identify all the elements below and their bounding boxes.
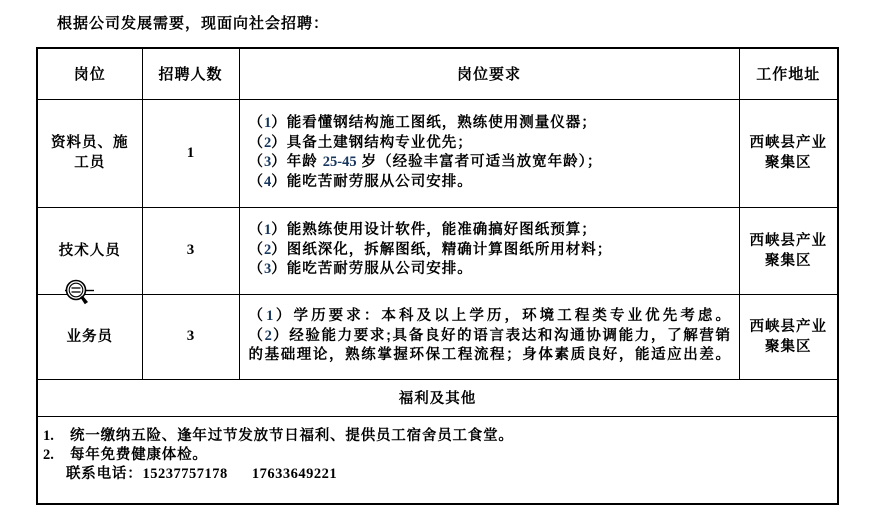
position-cell: 资料员、施工员	[37, 99, 142, 207]
requirements-cell: （1）能看懂钢结构施工图纸，熟练使用测量仪器； （2）具备土建钢结构专业优先； …	[239, 99, 739, 207]
requirements-cell: （1）能熟练使用设计软件，能准确搞好图纸预算； （2）图纸深化，拆解图纸，精确计…	[239, 207, 739, 294]
notes-row: 1.统一缴纳五险、逢年过节发放节日福利、提供员工宿舍员工食堂。 2.每年免费健康…	[37, 416, 838, 504]
col-header-position: 岗位	[37, 48, 142, 99]
headcount-cell: 3	[142, 207, 239, 294]
benefits-header-row: 福利及其他	[37, 379, 838, 416]
requirement-line: （4）能吃苦耐劳服从公司安排。	[249, 173, 731, 193]
recruitment-table: 岗位 招聘人数 岗位要求 工作地址 资料员、施工员 1 （1）能看懂钢结构施工图…	[36, 47, 839, 505]
position-cell: 技术人员	[37, 207, 142, 294]
note-line: 1.统一缴纳五险、逢年过节发放节日福利、提供员工宿舍员工食堂。	[43, 427, 829, 446]
address-cell: 西峡县产业聚集区	[739, 99, 838, 207]
notes-cell: 1.统一缴纳五险、逢年过节发放节日福利、提供员工宿舍员工食堂。 2.每年免费健康…	[37, 416, 838, 504]
table-row: 业务员 3 （1）学历要求：本科及以上学历，环境工程类专业优先考虑。 （2）经验…	[37, 294, 838, 379]
page-title: 根据公司发展需要，现面向社会招聘：	[57, 12, 329, 33]
requirement-line: （3）年龄 25-45 岁（经验丰富者可适当放宽年龄）；	[249, 153, 731, 173]
headcount-cell: 3	[142, 294, 239, 379]
contact-line: 联系电话：15237757178 17633649221	[66, 465, 829, 484]
col-header-requirements: 岗位要求	[239, 48, 739, 99]
position-cell: 业务员	[37, 294, 142, 379]
requirement-line: （2）具备土建钢结构专业优先；	[249, 134, 731, 154]
requirement-line: （2）经验能力要求;具备良好的语言表达和沟通协调能力，了解营销	[249, 327, 731, 347]
requirement-line: （1）能看懂钢结构施工图纸，熟练使用测量仪器；	[249, 114, 731, 134]
header-row: 岗位 招聘人数 岗位要求 工作地址	[37, 48, 838, 99]
requirement-line: （3）能吃苦耐劳服从公司安排。	[249, 260, 731, 280]
address-cell: 西峡县产业聚集区	[739, 294, 838, 379]
benefits-header-cell: 福利及其他	[37, 379, 838, 416]
col-header-address: 工作地址	[739, 48, 838, 99]
col-header-headcount: 招聘人数	[142, 48, 239, 99]
headcount-cell: 1	[142, 99, 239, 207]
requirement-line: 的基础理论，熟练掌握环保工程流程；身体素质良好，能适应出差。	[249, 346, 731, 366]
table-row: 技术人员 3 （1）能熟练使用设计软件，能准确搞好图纸预算； （2）图纸深化，拆…	[37, 207, 838, 294]
address-cell: 西峡县产业聚集区	[739, 207, 838, 294]
requirement-line: （1）能熟练使用设计软件，能准确搞好图纸预算；	[249, 221, 731, 241]
requirement-line: （1）学历要求：本科及以上学历，环境工程类专业优先考虑。	[249, 307, 731, 327]
note-line: 2.每年免费健康体检。	[43, 446, 829, 465]
requirement-line: （2）图纸深化，拆解图纸，精确计算图纸所用材料；	[249, 241, 731, 261]
table-row: 资料员、施工员 1 （1）能看懂钢结构施工图纸，熟练使用测量仪器； （2）具备土…	[37, 99, 838, 207]
requirements-cell: （1）学历要求：本科及以上学历，环境工程类专业优先考虑。 （2）经验能力要求;具…	[239, 294, 739, 379]
